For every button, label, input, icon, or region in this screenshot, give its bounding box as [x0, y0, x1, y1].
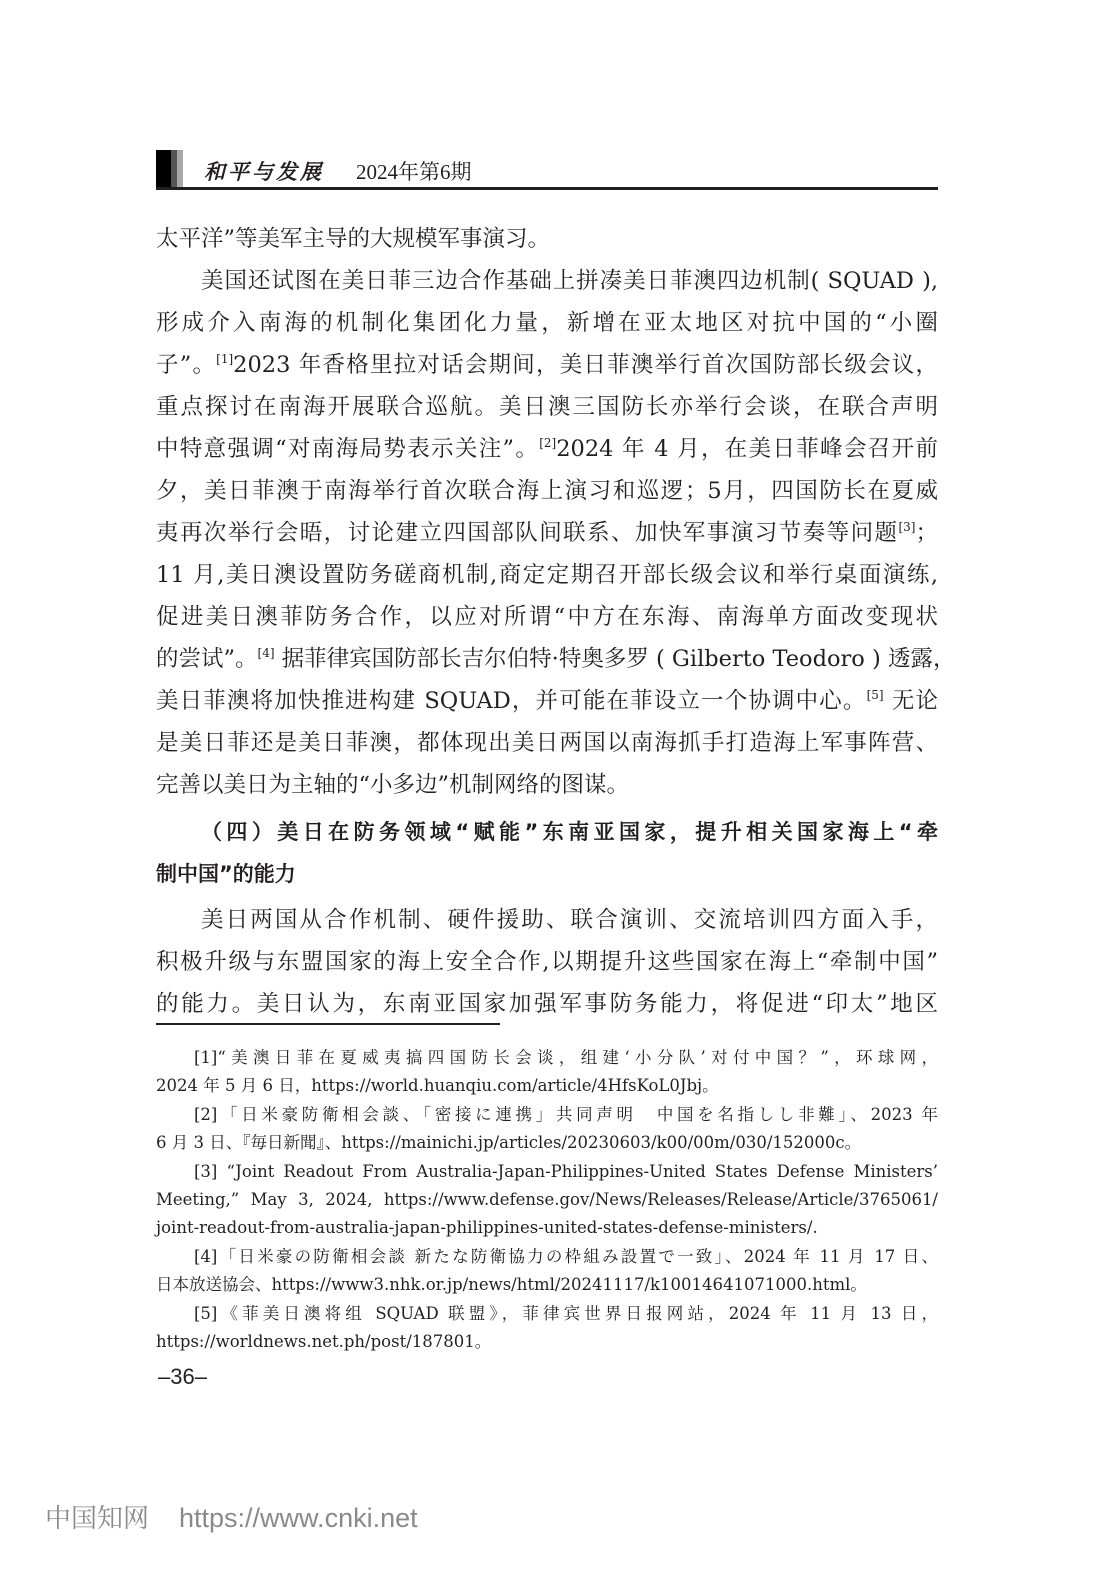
text-span: 无论 — [884, 688, 938, 714]
footnote-separator — [156, 1023, 500, 1025]
paragraph-line: 完善以美日为主轴的“小多边”机制网络的图谋。 — [156, 764, 938, 806]
footnote-5[interactable]: https://worldnews.net.ph/post/187801。 — [156, 1328, 938, 1355]
footnote-2: [2]「日米豪防衛相会談、「密接に連携」共同声明 中国を名指しし非難」、2023… — [156, 1101, 938, 1128]
paragraph-line: 子”。[1]2023 年香格里拉对话会期间，美日菲澳举行首次国防部长级会议， — [156, 344, 938, 386]
footnote-5: [5]《菲美日澳将组 SQUAD 联盟》，菲律宾世界日报网站，2024 年 11… — [156, 1300, 938, 1327]
footnote-3[interactable]: Meeting,” May 3, 2024, https://www.defen… — [156, 1186, 938, 1213]
section-heading: （四）美日在防务领域“赋能”东南亚国家，提升相关国家海上“牵 — [156, 811, 938, 853]
paragraph-line: 11 月,美日澳设置防务磋商机制,商定定期召开部长级会议和举行桌面演练, — [156, 554, 938, 596]
section-heading: 制中国”的能力 — [156, 853, 938, 895]
journal-title: 和平与发展 — [204, 156, 324, 186]
watermark-name: 中国知网 — [45, 1504, 149, 1534]
text-span: 夷再次举行会晤，讨论建立四国部队间联系、加快军事演习节奏等问题 — [156, 520, 898, 546]
text-span: 据菲律宾国防部长吉尔伯特·特奥多罗 ( Gilberto Teodoro ) 透… — [275, 646, 956, 672]
paragraph-line: 夕，美日菲澳于南海举行首次联合海上演习和巡逻；5月，四国防长在夏威 — [156, 470, 938, 512]
page-number: –36– — [158, 1364, 207, 1390]
footnote-ref-5[interactable]: [5] — [867, 688, 884, 702]
watermark-url[interactable]: https://www.cnki.net — [179, 1503, 418, 1533]
footnote-2[interactable]: 6 月 3 日、『毎日新聞』、https://mainichi.jp/artic… — [156, 1129, 938, 1156]
paragraph-line: 积极升级与东盟国家的海上安全合作,以期提升这些国家在海上“牵制中国” — [156, 941, 938, 983]
paragraph-line: 形成介入南海的机制化集团化力量，新增在亚太地区对抗中国的“小圈 — [156, 302, 938, 344]
running-header: 和平与发展 2024年第6期 — [156, 150, 938, 190]
footnote-ref-4[interactable]: [4] — [258, 646, 275, 660]
paragraph-line: 重点探讨在南海开展联合巡航。美日澳三国防长亦举行会谈，在联合声明 — [156, 386, 938, 428]
footnote-1: [1]“美澳日菲在夏威夷搞四国防长会谈，组建‘小分队’对付中国？”，环球网， — [156, 1044, 938, 1071]
footnote-1[interactable]: 2024 年 5 月 6 日，https://world.huanqiu.com… — [156, 1072, 938, 1099]
paragraph-line: 促进美日澳菲防务合作，以应对所谓“中方在东海、南海单方面改变现状 — [156, 596, 938, 638]
footnote-ref-1[interactable]: [1] — [216, 352, 233, 366]
journal-issue: 2024年第6期 — [356, 156, 472, 186]
text-span: 美日菲澳将加快推进构建 SQUAD，并可能在菲设立一个协调中心。 — [156, 688, 867, 714]
paragraph-line: 美国还试图在美日菲三边合作基础上拼凑美日菲澳四边机制( SQUAD ), — [156, 260, 938, 302]
text-span: 2024 年 4 月，在美日菲峰会召开前 — [556, 436, 938, 462]
header-decor-bar — [177, 150, 183, 188]
paragraph-line: 中特意强调“对南海局势表示关注”。[2]2024 年 4 月，在美日菲峰会召开前 — [156, 428, 938, 470]
paragraph-line: 的能力。美日认为，东南亚国家加强军事防务能力，将促进“印太”地区 — [156, 983, 938, 1025]
footnote-3[interactable]: joint-readout-from-australia-japan-phili… — [156, 1214, 938, 1241]
footnote-ref-3[interactable]: [3] — [898, 520, 915, 534]
header-rule — [156, 187, 938, 190]
paragraph-line: 太平洋”等美军主导的大规模军事演习。 — [156, 218, 938, 260]
header-decor-bar — [156, 150, 171, 188]
footnote-3: [3] “Joint Readout From Australia-Japan-… — [156, 1158, 938, 1185]
watermark: 中国知网https://www.cnki.net — [45, 1498, 418, 1535]
paragraph-line: 的尝试”。[4] 据菲律宾国防部长吉尔伯特·特奥多罗 ( Gilberto Te… — [156, 638, 938, 680]
paragraph-line: 美日菲澳将加快推进构建 SQUAD，并可能在菲设立一个协调中心。[5] 无论 — [156, 680, 938, 722]
paragraph-line: 美日两国从合作机制、硬件援助、联合演训、交流培训四方面入手， — [156, 899, 938, 941]
footnote-4: [4]「日米豪の防衛相会談 新たな防衛協力の枠組み設置で一致」、2024 年 1… — [156, 1243, 938, 1270]
text-span: 中特意强调“对南海局势表示关注”。 — [156, 436, 539, 462]
footnote-4[interactable]: 日本放送協会、https://www3.nhk.or.jp/news/html/… — [156, 1271, 938, 1298]
text-span: 子”。 — [156, 352, 216, 378]
paragraph-line: 夷再次举行会晤，讨论建立四国部队间联系、加快军事演习节奏等问题[3]； — [156, 512, 938, 554]
footnote-ref-2[interactable]: [2] — [539, 436, 556, 450]
paragraph-line: 是美日菲还是美日菲澳，都体现出美日两国以南海抓手打造海上军事阵营、 — [156, 722, 938, 764]
text-span: ； — [915, 520, 938, 546]
text-span: 的尝试”。 — [156, 646, 258, 672]
text-span: 2023 年香格里拉对话会期间，美日菲澳举行首次国防部长级会议， — [233, 352, 938, 378]
